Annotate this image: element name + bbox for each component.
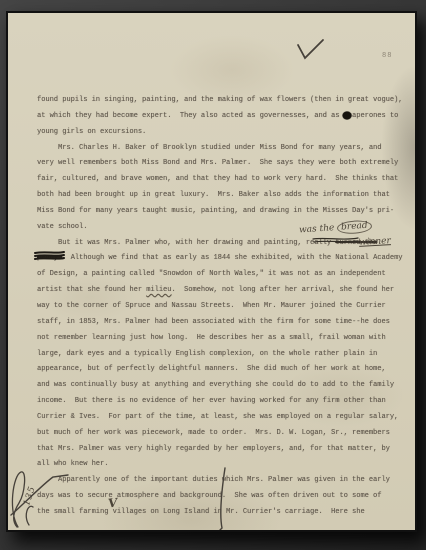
typed-line: all who knew her.: [37, 457, 409, 473]
typed-line: penny. Although we find that as early as…: [37, 251, 409, 267]
page-number: 88: [382, 52, 392, 60]
typed-line: at which they had become expert. They al…: [37, 109, 409, 125]
typed-line: and was continually busy at anything and…: [37, 378, 409, 394]
handwritten-caret-letter: V: [107, 496, 118, 511]
checkmark-icon: [298, 40, 323, 58]
typed-line: both had been brought up in great luxury…: [37, 188, 409, 204]
typed-text: found pupils in singing, painting, and t…: [37, 93, 409, 521]
typed-line: large, dark eyes and a typically English…: [37, 347, 409, 363]
typed-line: of Design, a painting called "Snowdon of…: [37, 267, 409, 283]
typed-line: But it was Mrs. Palmer who, with her dra…: [37, 236, 409, 252]
typed-line: very well remembers both Miss Bond and M…: [37, 156, 409, 172]
manuscript-page: 88 found pupils in singing, painting, an…: [8, 13, 415, 530]
typed-line: found pupils in singing, painting, and t…: [37, 93, 409, 109]
typed-line: that Mrs. Palmer was very highly regarde…: [37, 442, 409, 458]
typed-line: artist that she found her milieu. Someho…: [37, 283, 409, 299]
typed-line: Miss Bond for many years taught music, p…: [37, 204, 409, 220]
typed-line: the small farming villages on Long Islan…: [37, 505, 409, 521]
typed-line: but much of her work was piecework, made…: [37, 426, 409, 442]
typed-line: appearance, but of perfectly delightful …: [37, 362, 409, 378]
typed-line: fair, cultured, and brave women, and tha…: [37, 172, 409, 188]
margin-number-note: 135: [22, 485, 38, 507]
typed-line: young girls on excursions.: [37, 125, 409, 141]
handwritten-inline-word: winner: [359, 236, 391, 248]
typed-line: staff, in 1853, Mrs. Palmer had been ass…: [37, 315, 409, 331]
typed-line: Apparently one of the important duties w…: [37, 473, 409, 489]
typed-line: days was to secure atmosphere and backgr…: [37, 489, 409, 505]
typed-line: way to the corner of Spruce and Nassau S…: [37, 299, 409, 315]
typed-line: income. But there is no evidence of her …: [37, 394, 409, 410]
photo-mat-background: 88 found pupils in singing, painting, an…: [0, 0, 426, 550]
typed-line: not remember learning just how long. He …: [37, 331, 409, 347]
typed-line: Currier & Ives. For part of the time, at…: [37, 410, 409, 426]
typed-line: Mrs. Charles H. Baker of Brooklyn studie…: [37, 141, 409, 157]
